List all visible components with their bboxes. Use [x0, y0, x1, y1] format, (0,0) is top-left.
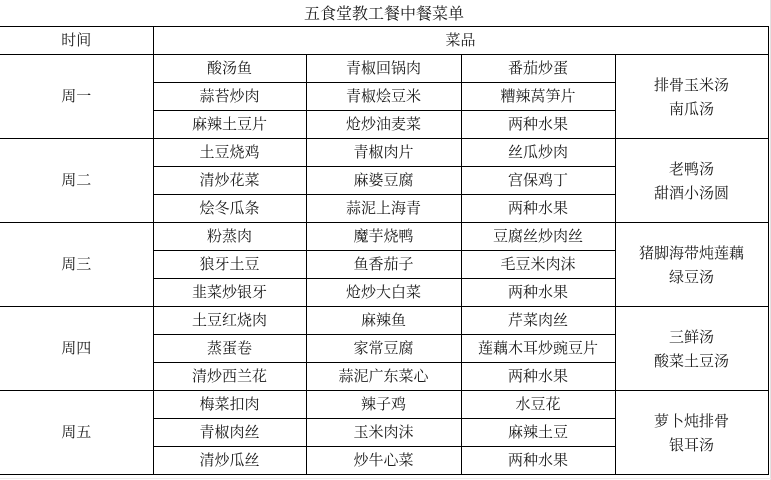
dish-cell: 蒸蛋卷: [153, 335, 306, 363]
menu-row: 周四土豆红烧肉麻辣鱼芹菜肉丝三鲜汤酸菜土豆汤: [0, 307, 768, 335]
dish-cell: 粉蒸肉: [153, 223, 306, 251]
dish-cell: 糟辣莴笋片: [461, 83, 615, 111]
soup-item: 甜酒小汤圆: [616, 181, 768, 205]
menu-row: 周五梅菜扣肉辣子鸡水豆花萝卜炖排骨银耳汤: [0, 391, 768, 419]
header-time: 时间: [0, 27, 153, 55]
soup-item: 老鸭汤: [616, 157, 768, 181]
dish-cell: 水豆花: [461, 391, 615, 419]
header-dishes: 菜品: [153, 27, 768, 55]
soup-item: 猪脚海带炖莲藕: [616, 241, 768, 265]
dish-cell: 炝炒油麦菜: [306, 111, 461, 139]
dish-cell: 鱼香茄子: [306, 251, 461, 279]
menu-row: 周一酸汤鱼青椒回锅肉番茄炒蛋排骨玉米汤南瓜汤: [0, 55, 768, 83]
dish-cell: 毛豆米肉沫: [461, 251, 615, 279]
soup-item: 南瓜汤: [616, 97, 768, 121]
dish-cell: 家常豆腐: [306, 335, 461, 363]
soup-item: 银耳汤: [616, 433, 768, 457]
soup-cell: 排骨玉米汤南瓜汤: [615, 55, 768, 139]
dish-cell: 梅菜扣肉: [153, 391, 306, 419]
dish-cell: 青椒烩豆米: [306, 83, 461, 111]
dish-cell: 麻辣土豆: [461, 419, 615, 447]
soup-cell: 老鸭汤甜酒小汤圆: [615, 139, 768, 223]
dish-cell: 炝炒大白菜: [306, 279, 461, 307]
menu-row: 周三粉蒸肉魔芋烧鸭豆腐丝炒肉丝猪脚海带炖莲藕绿豆汤: [0, 223, 768, 251]
dish-cell: 芹菜肉丝: [461, 307, 615, 335]
dish-cell: 烩冬瓜条: [153, 195, 306, 223]
dish-cell: 青椒肉丝: [153, 419, 306, 447]
day-label: 周三: [0, 223, 153, 307]
dish-cell: 酸汤鱼: [153, 55, 306, 83]
dish-cell: 清炒西兰花: [153, 363, 306, 391]
lunch-menu-table: 时间 菜品 周一酸汤鱼青椒回锅肉番茄炒蛋排骨玉米汤南瓜汤蒜苔炒肉青椒烩豆米糟辣莴…: [0, 26, 769, 475]
dish-cell: 蒜泥上海青: [306, 195, 461, 223]
dish-cell: 两种水果: [461, 195, 615, 223]
day-label: 周四: [0, 307, 153, 391]
header-row: 时间 菜品: [0, 27, 768, 55]
dish-cell: 豆腐丝炒肉丝: [461, 223, 615, 251]
dish-cell: 炒牛心菜: [306, 447, 461, 475]
dish-cell: 两种水果: [461, 111, 615, 139]
dish-cell: 莲藕木耳炒豌豆片: [461, 335, 615, 363]
dish-cell: 两种水果: [461, 279, 615, 307]
sheet-gridline-horizontal: [0, 478, 771, 479]
dish-cell: 玉米肉沫: [306, 419, 461, 447]
dish-cell: 青椒回锅肉: [306, 55, 461, 83]
day-label: 周五: [0, 391, 153, 475]
dish-cell: 两种水果: [461, 363, 615, 391]
menu-row: 周二土豆烧鸡青椒肉片丝瓜炒肉老鸭汤甜酒小汤圆: [0, 139, 768, 167]
dish-cell: 清炒花菜: [153, 167, 306, 195]
dish-cell: 青椒肉片: [306, 139, 461, 167]
dish-cell: 蒜泥广东菜心: [306, 363, 461, 391]
soup-item: 三鲜汤: [616, 325, 768, 349]
soup-cell: 萝卜炖排骨银耳汤: [615, 391, 768, 475]
dish-cell: 番茄炒蛋: [461, 55, 615, 83]
soup-item: 排骨玉米汤: [616, 73, 768, 97]
dish-cell: 魔芋烧鸭: [306, 223, 461, 251]
menu-title: 五食堂教工餐中餐菜单: [0, 0, 768, 26]
soup-item: 萝卜炖排骨: [616, 409, 768, 433]
dish-cell: 韭菜炒银牙: [153, 279, 306, 307]
day-label: 周二: [0, 139, 153, 223]
dish-cell: 两种水果: [461, 447, 615, 475]
dish-cell: 丝瓜炒肉: [461, 139, 615, 167]
day-label: 周一: [0, 55, 153, 139]
dish-cell: 麻婆豆腐: [306, 167, 461, 195]
dish-cell: 清炒瓜丝: [153, 447, 306, 475]
dish-cell: 土豆烧鸡: [153, 139, 306, 167]
dish-cell: 宫保鸡丁: [461, 167, 615, 195]
dish-cell: 蒜苔炒肉: [153, 83, 306, 111]
soup-item: 绿豆汤: [616, 265, 768, 289]
soup-item: 酸菜土豆汤: [616, 349, 768, 373]
dish-cell: 土豆红烧肉: [153, 307, 306, 335]
dish-cell: 辣子鸡: [306, 391, 461, 419]
dish-cell: 麻辣鱼: [306, 307, 461, 335]
dish-cell: 狼牙土豆: [153, 251, 306, 279]
soup-cell: 猪脚海带炖莲藕绿豆汤: [615, 223, 768, 307]
dish-cell: 麻辣土豆片: [153, 111, 306, 139]
soup-cell: 三鲜汤酸菜土豆汤: [615, 307, 768, 391]
